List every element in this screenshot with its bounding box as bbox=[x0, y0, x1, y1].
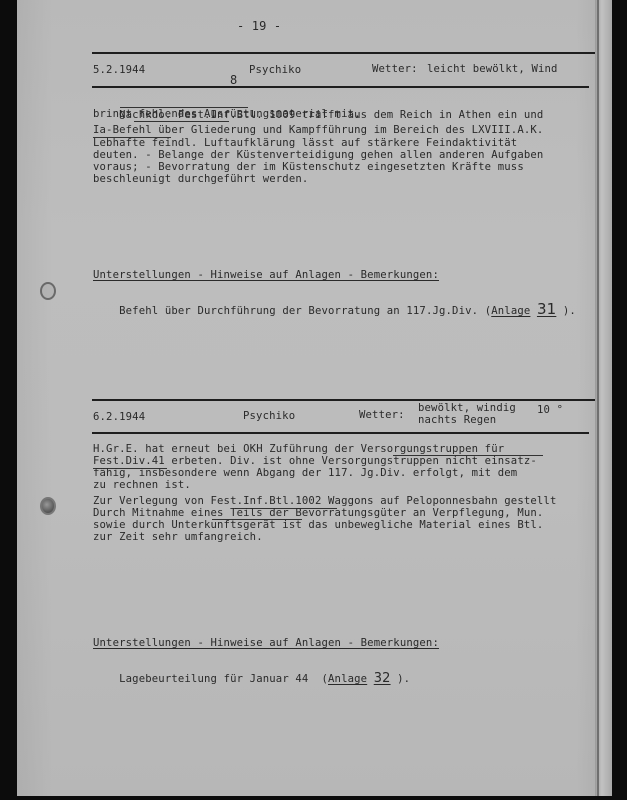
annex-label: Anlage bbox=[491, 305, 530, 317]
remarks-heading: Unterstellungen - Hinweise auf Anlagen -… bbox=[93, 269, 439, 282]
entry-location: Psychiko bbox=[249, 64, 301, 77]
header-rule-top bbox=[92, 52, 595, 54]
annex-number: 31 bbox=[537, 300, 556, 318]
temperature: 10 ° bbox=[537, 404, 563, 417]
remarks-text: Lagebeurteilung für Januar 44 (Anlage 32… bbox=[93, 659, 410, 699]
underline-mark bbox=[120, 107, 248, 108]
weather-label: Wetter: bbox=[372, 63, 418, 76]
remarks-heading: Unterstellungen - Hinweise auf Anlagen -… bbox=[93, 637, 439, 650]
annex-label: Anlage bbox=[328, 673, 367, 685]
entry-location: Psychiko bbox=[243, 410, 295, 423]
punch-hole-icon bbox=[40, 497, 56, 515]
paragraph-line: bringt fehlendes Ausrüstungsmaterial mit… bbox=[93, 108, 361, 121]
paragraph-line: zu rechnen ist. bbox=[93, 479, 191, 492]
paragraph-line: beschleunigt durchgeführt werden. bbox=[93, 173, 308, 186]
page-number: - 19 - bbox=[237, 20, 281, 33]
document-page: - 19 - 5.2.1944 Psychiko 8 Wetter: leich… bbox=[17, 0, 612, 796]
remarks-text: Befehl über Durchführung der Bevorratung… bbox=[93, 290, 576, 331]
weather-label: Wetter: bbox=[359, 409, 405, 422]
entry-date: 6.2.1944 bbox=[93, 411, 145, 424]
weather-line-2: nachts Regen bbox=[418, 414, 496, 427]
weather-text: leicht bewölkt, Wind bbox=[427, 63, 558, 76]
underline-mark bbox=[134, 121, 229, 122]
entry-date: 5.2.1944 bbox=[93, 64, 145, 77]
annex-number: 32 bbox=[374, 671, 391, 686]
page-edge bbox=[595, 0, 612, 796]
paragraph-line: Ia-Befehl über Gliederung und Kampfführu… bbox=[93, 124, 543, 137]
punch-hole-icon bbox=[40, 282, 56, 300]
header-rule-bottom bbox=[92, 432, 589, 434]
header-rule-bottom bbox=[92, 86, 589, 88]
paragraph-line: zur Zeit sehr umfangreich. bbox=[93, 531, 263, 544]
header-rule-top bbox=[92, 399, 595, 401]
